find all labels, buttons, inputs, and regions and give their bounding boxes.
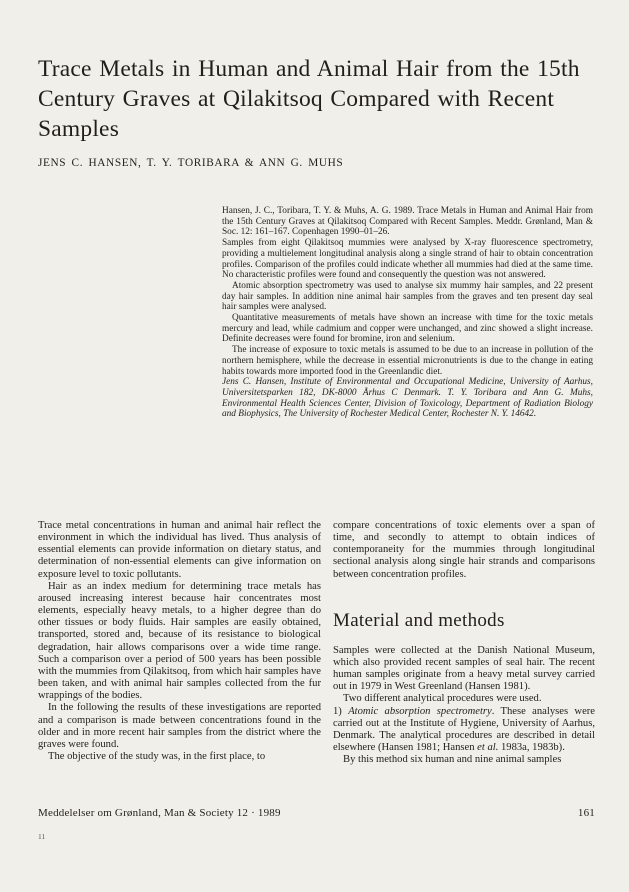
paragraph: compare concentrations of toxic elements…: [333, 520, 595, 581]
right-column-section-paragraphs: Samples were collected at the Danish Nat…: [333, 645, 595, 767]
paragraph: Quantitative measurements of metals have…: [222, 313, 593, 345]
journal-page: Trace Metals in Human and Animal Hair fr…: [0, 0, 629, 892]
paragraph: Samples from eight Qilakitsoq mummies we…: [222, 238, 593, 281]
abstract-block: Hansen, J. C., Toribara, T. Y. & Muhs, A…: [222, 206, 593, 420]
paragraph: The increase of exposure to toxic metals…: [222, 345, 593, 377]
body-columns: Trace metal concentrations in human and …: [38, 520, 595, 766]
paragraph: By this method six human and nine animal…: [333, 754, 595, 766]
journal-volume-line: Meddelelser om Grønland, Man & Society 1…: [38, 807, 281, 819]
right-column-intro: compare concentrations of toxic elements…: [333, 520, 595, 581]
title-block: Trace Metals in Human and Animal Hair fr…: [38, 54, 598, 169]
paragraph: 1) Atomic absorption spectrometry. These…: [333, 706, 595, 755]
citation: Hansen, J. C., Toribara, T. Y. & Muhs, A…: [222, 206, 593, 238]
left-column: Trace metal concentrations in human and …: [38, 520, 321, 766]
author-line: JENS C. HANSEN, T. Y. TORIBARA & ANN G. …: [38, 157, 598, 169]
paragraph: In the following the results of these in…: [38, 702, 321, 751]
page-footer: Meddelelser om Grønland, Man & Society 1…: [38, 807, 595, 819]
paragraph: Hair as an index medium for determining …: [38, 581, 321, 703]
right-column: compare concentrations of toxic elements…: [333, 520, 595, 766]
article-title: Trace Metals in Human and Animal Hair fr…: [38, 54, 598, 144]
paragraph: Samples were collected at the Danish Nat…: [333, 645, 595, 694]
paragraph: The objective of the study was, in the f…: [38, 751, 321, 763]
abstract-paragraphs: Samples from eight Qilakitsoq mummies we…: [222, 238, 593, 377]
paragraph: Atomic absorption spectrometry was used …: [222, 281, 593, 313]
printer-mark: 11: [38, 832, 45, 841]
page-number: 161: [578, 807, 595, 819]
section-heading-material-and-methods: Material and methods: [333, 609, 595, 633]
paragraph: Trace metal concentrations in human and …: [38, 520, 321, 581]
author-affiliation: Jens C. Hansen, Institute of Environment…: [222, 377, 593, 420]
paragraph: Two different analytical procedures were…: [333, 693, 595, 705]
